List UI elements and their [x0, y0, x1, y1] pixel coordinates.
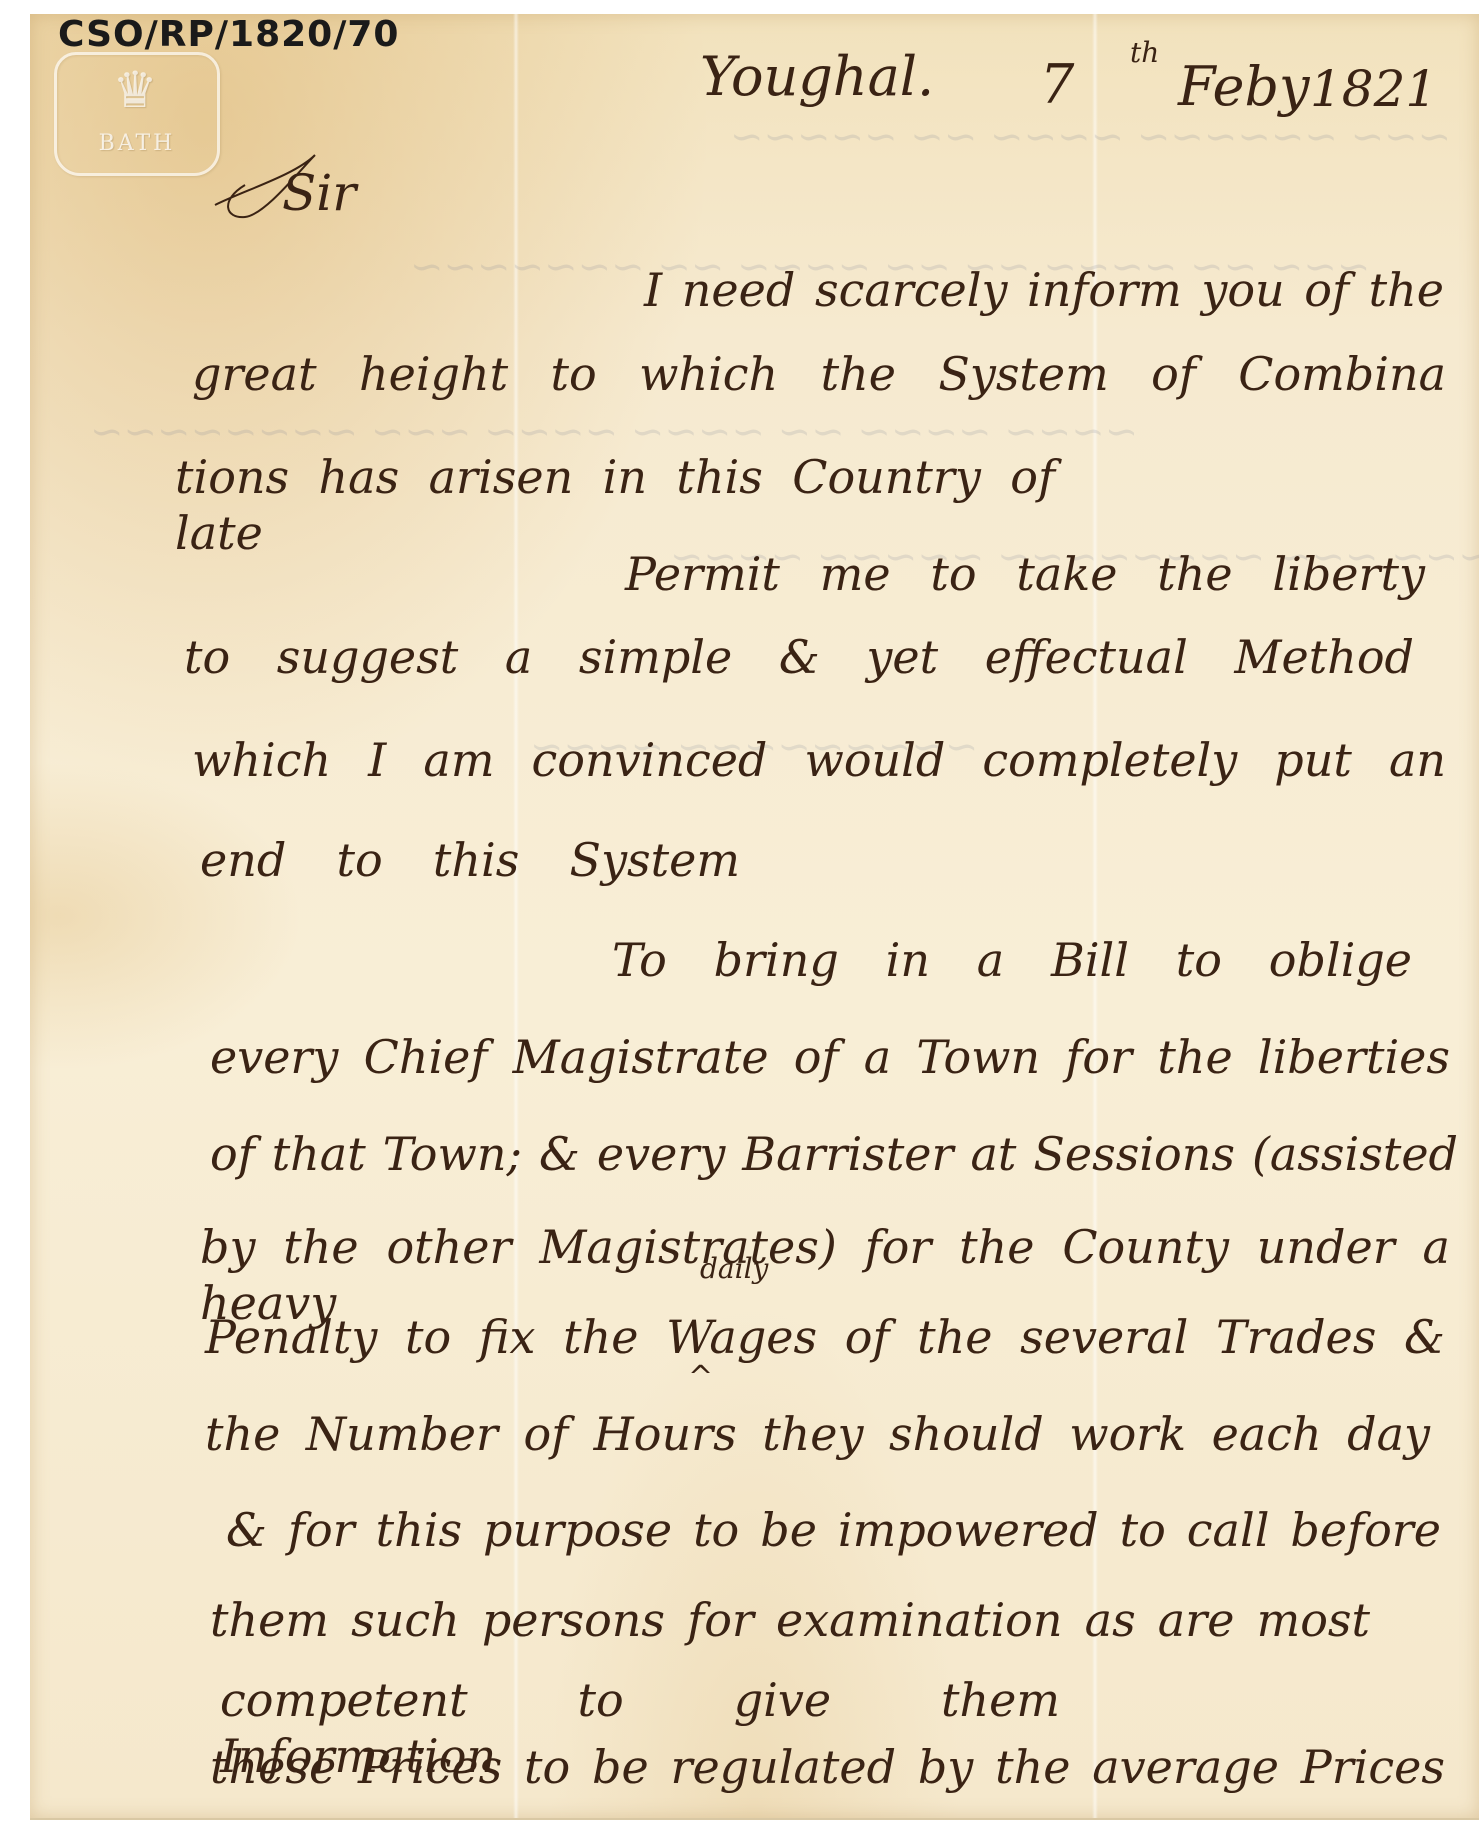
body-line: competent to give them Information	[220, 1672, 1060, 1728]
letter-date-day-suffix: th	[1130, 36, 1159, 69]
archive-reference-label: CSO/RP/1820/70	[58, 14, 399, 55]
insertion-caret: ^	[688, 1360, 713, 1395]
body-line: tions has arisen in this Country of late	[175, 449, 1055, 505]
letter-date-year: 1821	[1310, 64, 1437, 114]
embossed-stamp-text: BATH	[57, 131, 217, 156]
body-line: to suggest a simple & yet effectual Meth…	[184, 629, 1414, 685]
body-line: by the other Magistrates) for the County…	[200, 1219, 1450, 1275]
bleed-through-text: ~~~ ~~~~~~ ~~~~ ~~ ~~~~~	[730, 114, 1451, 160]
body-line: every Chief Magistrate of a Town for the…	[210, 1029, 1450, 1085]
body-line: which I am convinced would completely pu…	[192, 732, 1446, 788]
crown-icon: ♛	[95, 65, 175, 115]
salutation: Sir	[282, 168, 356, 218]
embossed-stamp: ♛ BATH	[54, 52, 220, 176]
body-line: Permit me to take the liberty	[625, 546, 1425, 602]
body-line: the Number of Hours they should work eac…	[205, 1406, 1430, 1462]
body-line: & for this purpose to be impowered to ca…	[226, 1502, 1441, 1558]
body-line: these Prices to be regulated by the aver…	[210, 1739, 1445, 1795]
letter-place: Youghal.	[700, 50, 934, 104]
letter-date-month: Feby	[1178, 60, 1310, 114]
body-line: I need scarcely inform you of the	[644, 262, 1444, 318]
body-line: To bring in a Bill to oblige	[612, 932, 1412, 988]
body-line: of that Town; & every Barrister at Sessi…	[210, 1126, 1458, 1182]
body-line: end to this System	[200, 832, 740, 888]
letter-date-day: 7	[1040, 58, 1074, 112]
body-line: them such persons for examination as are…	[210, 1592, 1370, 1648]
interlinear-insertion: daily	[700, 1252, 768, 1285]
body-line: great height to which the System of Comb…	[192, 346, 1446, 402]
body-line: Penalty to fix the Wages of the several …	[205, 1309, 1445, 1365]
